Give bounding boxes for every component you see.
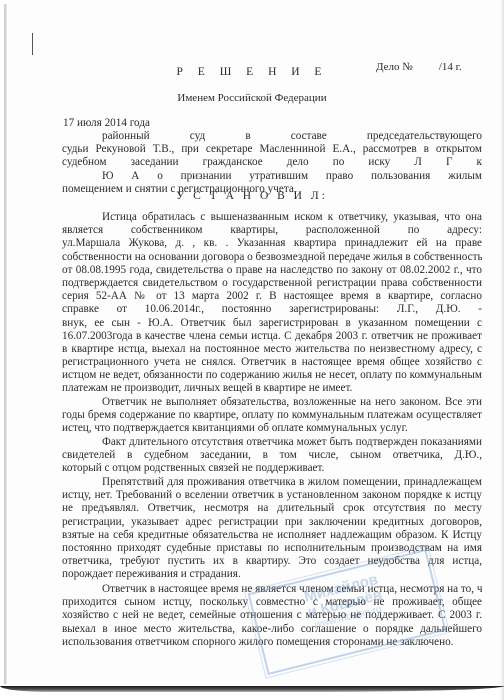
paragraph-line: истцу, нет. Требований о вселении ответч…	[62, 489, 482, 502]
paragraph-line: взятые на себя кредитные обязательства н…	[62, 529, 482, 542]
paragraph-line: Препятствий для проживания ответчика в ж…	[62, 476, 482, 489]
paragraph-2: Ответчик не выполняет обязательства, воз…	[62, 396, 482, 436]
page-bottom-edge	[0, 686, 504, 692]
decision-date: 17 июля 2014 года	[63, 117, 150, 130]
document-subtitle: Именем Российской Федерации	[0, 92, 504, 105]
paragraph-line: выехал в иное место жительства, какое-ли…	[62, 623, 482, 636]
paragraph-line: платежам не производит, личных вещей в к…	[62, 382, 482, 395]
paragraph-line: истец, что подтверждается квитанциями об…	[62, 422, 482, 435]
paragraph-4: Препятствий для проживания ответчика в ж…	[62, 476, 482, 582]
paragraph-line: Факт длительного отсутствия ответчика мо…	[62, 436, 482, 449]
paragraph-line: серия 52-АА № от 13 марта 2002 г. В наст…	[62, 290, 482, 303]
paragraph-line: регистрации, указывает адрес регистрации…	[62, 516, 482, 529]
scan-edge-mark	[32, 33, 33, 55]
paragraph-line: регистрационного учета не снялся. Ответч…	[62, 356, 482, 369]
intro-line: Ю А о признании утратившим право пользов…	[62, 170, 482, 183]
paragraph-line: Истица обратилась с вышеназванным иском …	[62, 211, 482, 224]
paragraph-line: 16.07.2003года в качестве члена семьи ис…	[62, 330, 482, 343]
paragraph-line: от 08.08.1995 года, свидетельства о прав…	[62, 264, 482, 277]
paragraph-line: собственности на основании договора о бе…	[62, 251, 482, 264]
intro-line: районный суд в составе председательствую…	[62, 130, 482, 143]
paragraph-line: Ответчик в настоящее время не является ч…	[62, 583, 482, 596]
paragraph-line: который с отцом родственных связей не по…	[62, 462, 482, 475]
paragraph-line: не предъявлял. Ответчик, несмотря на дли…	[62, 502, 482, 515]
paragraph-line: внук, ее сын - Ю.А. Ответчик был зарегис…	[62, 317, 482, 330]
paragraph-line: подтверждается свидетельством о государс…	[62, 277, 482, 290]
paragraph-line: Ответчик не выполняет обязательства, воз…	[62, 396, 482, 409]
paragraph-1: Истица обратилась с вышеназванным иском …	[62, 211, 482, 396]
document-title: Р Е Ш Е Н И Е	[0, 66, 504, 79]
paragraph-line: справке от 10.06.2014г., постоянно зарег…	[62, 303, 482, 316]
paragraph-line: в квартире истца, выехал на постоянное м…	[62, 343, 482, 356]
paragraph-line: постоянно приходят судебные приставы по …	[62, 542, 482, 555]
intro-block: районный суд в составе председательствую…	[62, 130, 482, 196]
section-heading-ustanovil: У С Т А Н О В И Л:	[0, 190, 504, 203]
paragraph-line: ответчика, требуют пустить их в квартиру…	[62, 555, 482, 568]
paragraph-line: годы бремя содержание по квартире, оплат…	[62, 409, 482, 422]
intro-line: судьи Рекуновой Т.В., при секретаре Масл…	[62, 143, 482, 156]
page-left-edge	[4, 4, 7, 684]
paragraph-line: истцом не ведет, обязанности по содержан…	[62, 369, 482, 382]
paragraph-5: Ответчик в настоящее время не является ч…	[62, 583, 482, 649]
paragraph-line: порождает переживания и страдания.	[62, 568, 482, 581]
intro-line: судебном заседании гражданское дело по и…	[62, 156, 482, 169]
paragraph-line: использования ответчиком спорного жилого…	[62, 636, 482, 649]
paragraph-line: ул.Маршала Жукова, д. , кв. . Указанная …	[62, 237, 482, 250]
paragraph-3: Факт длительного отсутствия ответчика мо…	[62, 436, 482, 476]
paragraph-line: свидетелей в судебном заседании, в том ч…	[62, 449, 482, 462]
paragraph-line: хозяйство с ней не ведет, семейные отнош…	[62, 609, 482, 622]
paragraph-line: является собственником квартиры, располо…	[62, 224, 482, 237]
paragraph-line: приходится сыном истцу, поскольку совмес…	[62, 596, 482, 609]
